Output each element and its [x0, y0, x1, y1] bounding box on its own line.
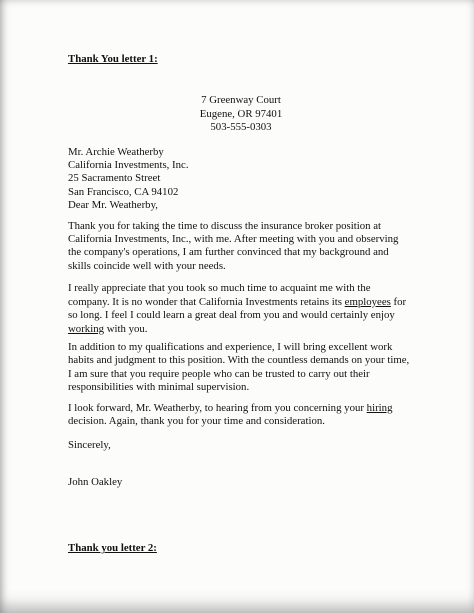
scanned-letter-page: Thank You letter 1: 7 Greenway Court Eug…	[0, 0, 474, 613]
paragraph-3: In addition to my qualifications and exp…	[68, 341, 414, 395]
letter-content: Thank You letter 1: 7 Greenway Court Eug…	[0, 0, 474, 556]
sender-phone: 503-555-0303	[68, 121, 414, 134]
paragraph-2-text: I really appreciate that you took so muc…	[68, 282, 371, 307]
recipient-street: 25 Sacramento Street	[68, 172, 414, 185]
underlined-word-working: working	[68, 323, 104, 335]
sender-street: 7 Greenway Court	[68, 94, 414, 107]
sender-city: Eugene, OR 97401	[68, 108, 414, 121]
sender-address-block: 7 Greenway Court Eugene, OR 97401 503-55…	[68, 94, 414, 134]
paragraph-4-text: decision. Again, thank you for your time…	[68, 415, 325, 427]
recipient-company: California Investments, Inc.	[68, 159, 414, 172]
letter2-heading: Thank you letter 2:	[68, 542, 414, 555]
letter1-heading: Thank You letter 1:	[68, 53, 414, 66]
paragraph-2: I really appreciate that you took so muc…	[68, 282, 414, 336]
paragraph-1: Thank you for taking the time to discuss…	[68, 220, 414, 274]
underlined-word-hiring: hiring	[367, 402, 393, 414]
recipient-name: Mr. Archie Weatherby	[68, 146, 414, 159]
salutation: Dear Mr. Weatherby,	[68, 199, 414, 212]
underlined-word-employees: employees	[345, 296, 391, 308]
recipient-address-block: Mr. Archie Weatherby California Investme…	[68, 146, 414, 200]
paragraph-4: I look forward, Mr. Weatherby, to hearin…	[68, 402, 414, 429]
closing: Sincerely,	[68, 439, 414, 452]
signature-name: John Oakley	[68, 476, 414, 489]
paragraph-2-text: with you.	[104, 323, 148, 335]
recipient-city: San Francisco, CA 94102	[68, 186, 414, 199]
paragraph-4-text: I look forward, Mr. Weatherby, to hearin…	[68, 402, 367, 414]
